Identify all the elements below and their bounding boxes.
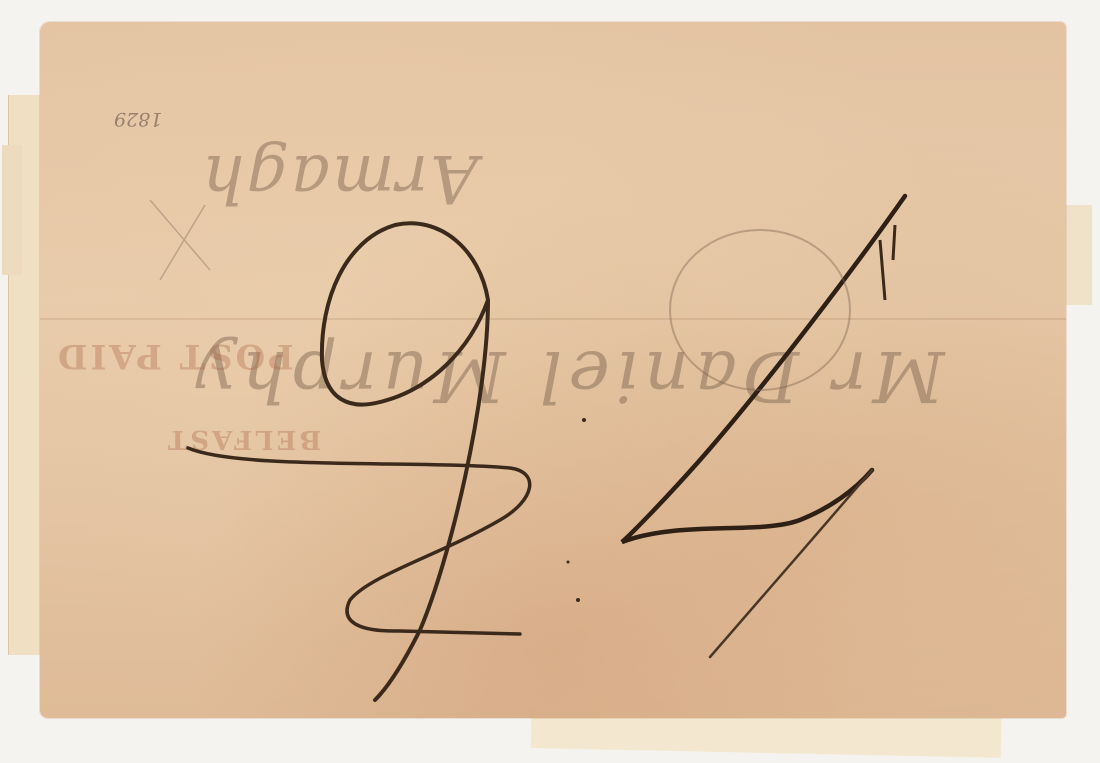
- rate-markings: [0, 0, 1100, 763]
- rate-nine: [322, 223, 488, 700]
- rate-two: [188, 448, 530, 634]
- rate-four: [622, 196, 905, 542]
